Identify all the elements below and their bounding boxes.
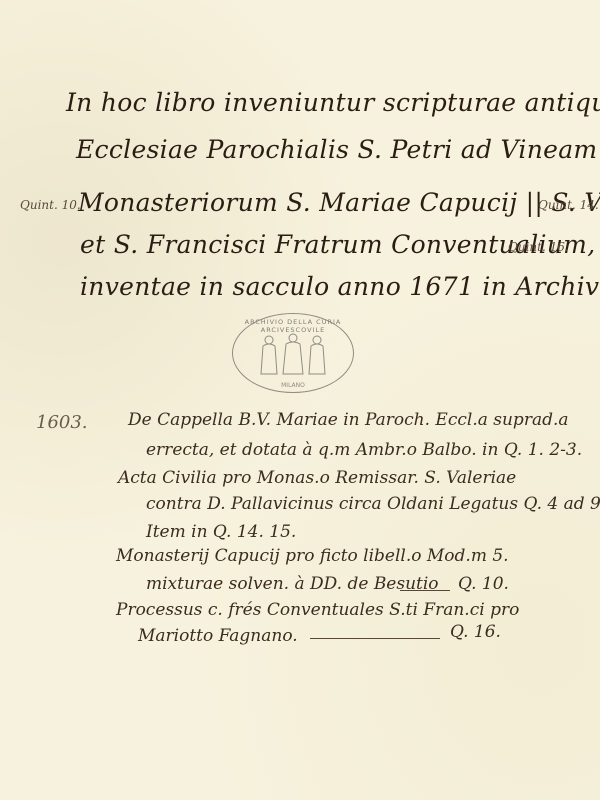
- saints-figures-icon: [255, 330, 331, 380]
- margin-note-quint-14: Quint. 14.: [538, 198, 599, 212]
- entry-line-9: Mariotto Fagnano.: [138, 626, 298, 646]
- entry-line-6: Monasterij Capucij pro ficto libell.o Mo…: [116, 546, 509, 566]
- stamp-city: MILANO: [233, 382, 353, 389]
- entry-line-5: Item in Q. 14. 15.: [146, 522, 296, 542]
- entry-line-8: Processus c. frés Conventuales S.ti Fran…: [116, 600, 519, 620]
- heading-line-5: inventae in sacculo anno 1671 in Archivi…: [80, 272, 600, 301]
- entry-line-2: errecta, et dotata à q.m Ambr.o Balbo. i…: [146, 440, 582, 460]
- ref-quint-10: Q. 10.: [458, 574, 509, 594]
- margin-note-quint-16: Quint. 16.: [508, 240, 569, 254]
- archive-stamp: ARCHIVIO DELLA CURIA ARCIVESCOVILE MILAN…: [232, 313, 354, 393]
- margin-note-quint-10: Quint. 10.: [20, 198, 81, 212]
- heading-line-1: In hoc libro inveniuntur scripturae anti…: [66, 88, 600, 117]
- manuscript-page: In hoc libro inveniuntur scripturae anti…: [0, 0, 600, 800]
- entry-line-3: Acta Civilia pro Monas.o Remissar. S. Va…: [118, 468, 516, 488]
- ref-quint-16: Q. 16.: [450, 622, 501, 642]
- heading-line-3: Monasteriorum S. Mariae Capucij || S. Va…: [78, 188, 600, 217]
- leader-rule-1: [400, 590, 450, 591]
- leader-rule-2: [310, 638, 440, 639]
- entry-line-7: mixturae solven. à DD. de Besutio: [146, 574, 439, 594]
- entry-line-4: contra D. Pallavicinus circa Oldani Lega…: [146, 494, 600, 514]
- entry-year: 1603.: [36, 412, 88, 433]
- entry-line-1: De Cappella B.V. Mariae in Paroch. Eccl.…: [128, 410, 569, 430]
- heading-line-2: Ecclesiae Parochialis S. Petri ad Vineam…: [76, 135, 600, 164]
